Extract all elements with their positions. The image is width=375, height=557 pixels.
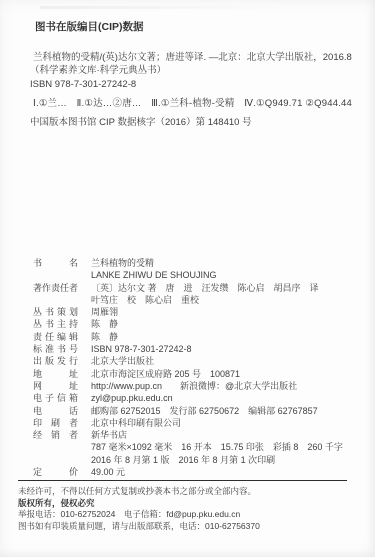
colophon-row-label: 网 址 xyxy=(33,380,78,392)
colophon-row-label: 出 版 发 行 xyxy=(33,355,78,367)
colophon-row-value: 兰科植物的受精LANKE ZHIWU DE SHOUJING xyxy=(91,257,361,282)
cip-record-number: 中国版本图书馆 CIP 数据核字（2016）第 148410 号 xyxy=(30,116,353,130)
cip-classification: Ⅰ.①兰… Ⅱ.①达…②唐… Ⅲ.①兰科-植物-受精 Ⅳ.①Q949.71 ②Q… xyxy=(33,97,353,111)
colophon-row-label: 丛 书 策 划 xyxy=(33,306,78,318)
colophon-row: 经 销 者新华书店787 毫米×1092 毫米 16 开本 15.75 印张 彩… xyxy=(33,429,361,466)
cip-isbn: ISBN 978-7-301-27242-8 xyxy=(30,78,353,92)
colophon-row-value: 〔英〕达尔文 著 唐 进 汪发缵 陈心启 胡昌序 译叶笃庄 校 陈心启 重校 xyxy=(91,282,361,307)
colophon-row-value: 陈 静 xyxy=(91,318,361,330)
cip-heading: 图书在版编目(CIP)数据 xyxy=(35,21,353,35)
colophon-value-line: http://www.pup.cn 新浪微博：@北京大学出版社 xyxy=(91,380,361,392)
colophon-row: 网 址http://www.pup.cn 新浪微博：@北京大学出版社 xyxy=(33,380,361,392)
cip-body: 兰科植物的受精/(英)达尔文著；唐进等译. —北京：北京大学出版社，2016.8… xyxy=(30,51,353,130)
colophon-value-line: LANKE ZHIWU DE SHOUJING xyxy=(91,269,361,281)
colophon-row-label: 标 准 书 号 xyxy=(33,343,78,355)
colophon-value-line: 北京中科印刷有限公司 xyxy=(91,417,361,429)
colophon-row: 责 任 编 辑陈 静 xyxy=(33,331,361,343)
colophon-row-value: 北京大学出版社 xyxy=(91,355,361,367)
colophon-row: 标 准 书 号ISBN 978-7-301-27242-8 xyxy=(33,343,361,355)
colophon-row: 著作责任者〔英〕达尔文 著 唐 进 汪发缵 陈心启 胡昌序 译叶笃庄 校 陈心启… xyxy=(33,282,361,307)
colophon-row-label: 丛 书 主 持 xyxy=(33,318,78,330)
colophon-row: 电 子 信 箱zyl@pup.pku.edu.cn xyxy=(33,392,361,404)
colophon-row-value: 新华书店787 毫米×1092 毫米 16 开本 15.75 印张 彩插 8 2… xyxy=(91,429,361,466)
colophon-value-line: 〔英〕达尔文 著 唐 进 汪发缵 陈心启 胡昌序 译 xyxy=(91,282,361,294)
colophon-row-value: ISBN 978-7-301-27242-8 xyxy=(91,343,361,355)
colophon-row-label: 著作责任者 xyxy=(33,282,78,294)
colophon-row: 丛 书 主 持陈 静 xyxy=(33,318,361,330)
colophon-row-label: 地 址 xyxy=(33,368,78,380)
footer-rights-notice: 版权所有，侵权必究 xyxy=(18,498,357,510)
colophon-row-value: 北京市海淀区成府路 205 号 100871 xyxy=(91,368,361,380)
colophon-row-label: 经 销 者 xyxy=(33,429,78,441)
colophon-row: 地 址北京市海淀区成府路 205 号 100871 xyxy=(33,368,361,380)
colophon-value-line: 周雁翎 xyxy=(91,306,361,318)
colophon-value-line: 新华书店 xyxy=(91,429,361,441)
colophon-value-line: 北京大学出版社 xyxy=(91,355,361,367)
colophon-row-label: 电 话 xyxy=(33,405,78,417)
colophon-row-value: 北京中科印刷有限公司 xyxy=(91,417,361,429)
footer-copy-notice: 未经许可，不得以任何方式复制或抄袭本书之部分或全部内容。 xyxy=(18,486,357,498)
colophon-row-label: 印 刷 者 xyxy=(33,417,78,429)
colophon-row: 书 名兰科植物的受精LANKE ZHIWU DE SHOUJING xyxy=(33,257,361,282)
colophon-row-label: 定 价 xyxy=(33,466,78,478)
colophon-value-line: 邮购部 62752015 发行部 62750672 编辑部 62767857 xyxy=(91,405,361,417)
colophon-value-line: 叶笃庄 校 陈心启 重校 xyxy=(91,294,361,306)
colophon-value-line: 2016 年 8 月第 1 版 2016 年 8 月第 1 次印刷 xyxy=(91,454,361,466)
colophon-value-line: zyl@pup.pku.edu.cn xyxy=(91,392,361,404)
colophon-value-line: ISBN 978-7-301-27242-8 xyxy=(91,343,361,355)
colophon-row-value: http://www.pup.cn 新浪微博：@北京大学出版社 xyxy=(91,380,361,392)
footer-report-line: 举报电话：010-62752024 电子信箱：fd@pup.pku.edu.cn xyxy=(18,509,357,521)
colophon-row-value: 周雁翎 xyxy=(91,306,361,318)
colophon-row: 定 价49.00 元 xyxy=(33,466,361,478)
colophon-row: 出 版 发 行北京大学出版社 xyxy=(33,355,361,367)
colophon-value-line: 787 毫米×1092 毫米 16 开本 15.75 印张 彩插 8 260 千… xyxy=(91,441,361,453)
cip-series: （科学素养文库·科学元典丛书） xyxy=(30,64,353,78)
cip-block: 图书在版编目(CIP)数据 兰科植物的受精/(英)达尔文著；唐进等译. —北京：… xyxy=(30,21,353,129)
colophon-value-line: 49.00 元 xyxy=(91,466,361,478)
colophon-value-line: 兰科植物的受精 xyxy=(91,257,361,269)
colophon-value-line: 北京市海淀区成府路 205 号 100871 xyxy=(91,368,361,380)
copyright-page: 图书在版编目(CIP)数据 兰科植物的受精/(英)达尔文著；唐进等译. —北京：… xyxy=(0,0,375,557)
colophon-row-value: 邮购部 62752015 发行部 62750672 编辑部 62767857 xyxy=(91,405,361,417)
colophon-row-value: 49.00 元 xyxy=(91,466,361,478)
colophon-row-label: 责 任 编 辑 xyxy=(33,331,78,343)
colophon-row-label: 书 名 xyxy=(33,257,78,269)
colophon-value-line: 陈 静 xyxy=(91,318,361,330)
footer-notices: 未经许可，不得以任何方式复制或抄袭本书之部分或全部内容。 版权所有，侵权必究 举… xyxy=(18,486,357,532)
colophon-rows: 书 名兰科植物的受精LANKE ZHIWU DE SHOUJING著作责任者〔英… xyxy=(33,257,361,478)
colophon-row: 丛 书 策 划周雁翎 xyxy=(33,306,361,318)
colophon-row: 电 话邮购部 62752015 发行部 62750672 编辑部 6276785… xyxy=(33,405,361,417)
divider-rule xyxy=(18,480,347,481)
colophon-value-line: 陈 静 xyxy=(91,331,361,343)
colophon-row-value: 陈 静 xyxy=(91,331,361,343)
colophon-row: 印 刷 者北京中科印刷有限公司 xyxy=(33,417,361,429)
cip-description: 兰科植物的受精/(英)达尔文著；唐进等译. —北京：北京大学出版社，2016.8 xyxy=(33,51,353,65)
footer-quality-line: 图书如有印装质量问题，请与出版部联系，电话：010-62756370 xyxy=(18,521,357,533)
colophon-row-label: 电 子 信 箱 xyxy=(33,392,78,404)
colophon-row-value: zyl@pup.pku.edu.cn xyxy=(91,392,361,404)
